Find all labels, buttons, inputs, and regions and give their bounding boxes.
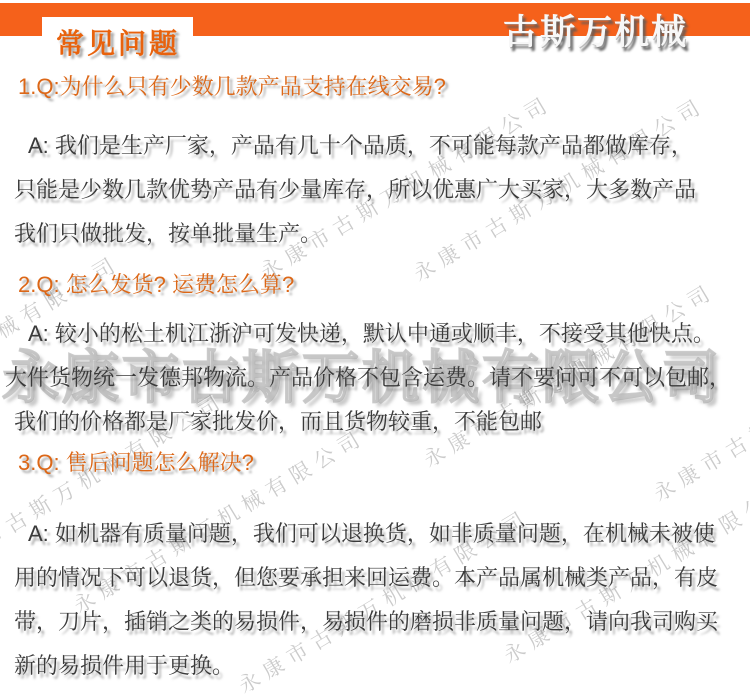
answer-line: 我们的价格都是厂家批发价，而且货物较重，不能包邮	[14, 400, 750, 444]
question-2: 2.Q: 怎么发货? 运费怎么算?	[18, 270, 294, 300]
section-title: 常见问题	[56, 22, 180, 62]
answer-3: A: 如机器有质量问题，我们可以退换货，如非质量问题，在机械未被使 用的情况下可…	[14, 512, 750, 688]
answer-line: 只能是少数几款优势产品有少量库存，所以优惠广大买家，大多数产品	[14, 168, 750, 212]
answer-line: 带，刀片，插销之类的易损件，易损件的磨损非质量问题，请向我司购买	[14, 600, 750, 644]
answer-line: A: 我们是生产厂家，产品有几十个品质，不可能每款产品都做库存，	[28, 124, 750, 168]
answer-line: A: 较小的松土机江浙沪可发快递，默认中通或顺丰，不接受其他快点。	[28, 312, 750, 356]
question-1: 1.Q:为什么只有少数几款产品支持在线交易?	[18, 72, 446, 102]
answer-line: A: 如机器有质量问题，我们可以退换货，如非质量问题，在机械未被使	[28, 512, 750, 556]
answer-2: A: 较小的松土机江浙沪可发快递，默认中通或顺丰，不接受其他快点。 大件货物统一…	[14, 312, 750, 444]
answer-line: 新的易损件用于更换。	[14, 644, 750, 688]
brand-logo-text: 古斯万机械	[503, 5, 688, 55]
answer-line: 我们只做批发，按单批量生产。	[14, 212, 750, 256]
answer-line: 大件货物统一发德邦物流。产品价格不包含运费。请不要问可不可以包邮，	[5, 356, 750, 400]
answer-line: 用的情况下可以退货，但您要承担来回运费。本产品属机械类产品，有皮	[14, 556, 750, 600]
faq-page: 常见问题 古斯万机械 永康市古斯万机械有限公司 永康市古斯万机械有限公司 永康市…	[0, 0, 750, 700]
answer-1: A: 我们是生产厂家，产品有几十个品质，不可能每款产品都做库存， 只能是少数几款…	[14, 124, 750, 256]
question-3: 3.Q: 售后问题怎么解决?	[18, 448, 254, 478]
